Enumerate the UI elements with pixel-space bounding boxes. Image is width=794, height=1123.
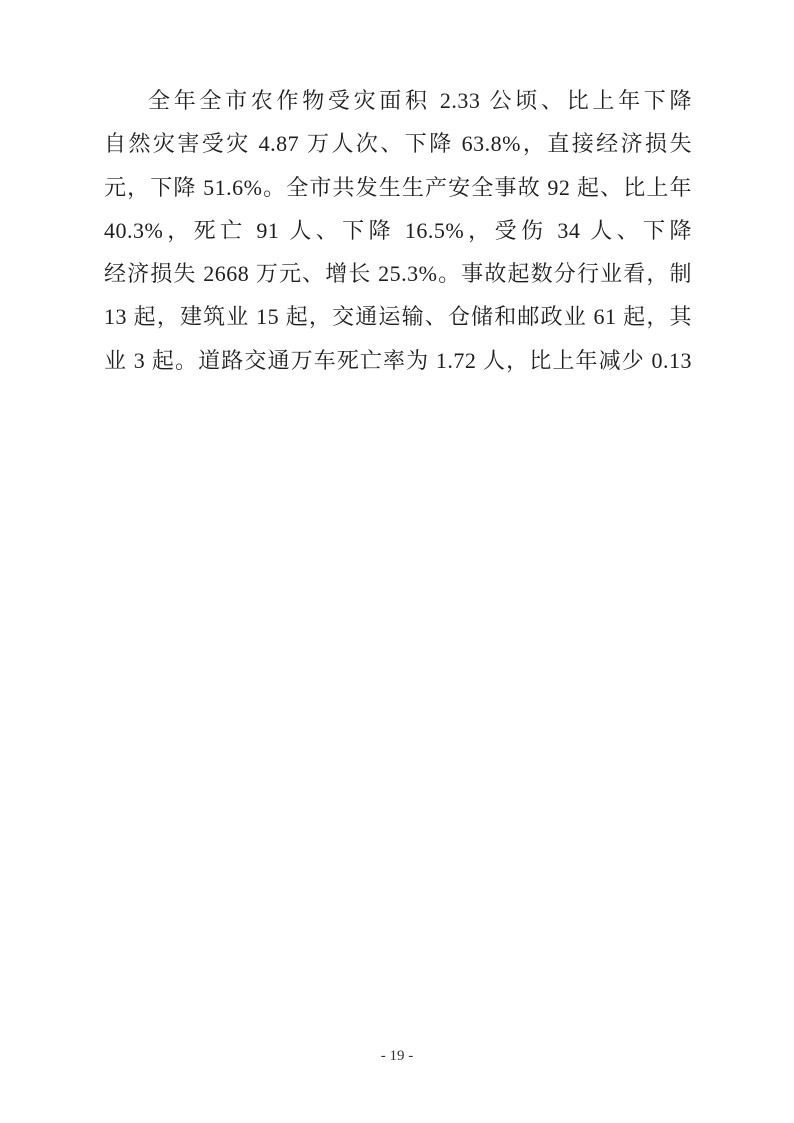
page-number: - 19 - — [381, 1048, 414, 1064]
text-line: 全年全市农作物受灾面积 2.33 公顷、比上年下降 99.4%， — [104, 79, 692, 122]
text-line: 业 3 起。道路交通万车死亡率为 1.72 人，比上年减少 0.13 人。 — [104, 339, 692, 382]
text-line: 13 起，建筑业 15 起，交通运输、仓储和邮政业 61 起，其他行 — [104, 295, 692, 338]
text-line: 经济损失 2668 万元、增长 25.3%。事故起数分行业看，制造业 — [104, 252, 692, 295]
document-page: 全年全市农作物受灾面积 2.33 公顷、比上年下降 99.4%， 自然灾害受灾 … — [0, 0, 794, 1123]
text-line: 40.3%，死亡 91 人、下降 16.5%，受伤 34 人、下降 60.0%，… — [104, 209, 692, 252]
page-footer: - 19 - — [0, 1046, 794, 1066]
text-line: 元，下降 51.6%。全市共发生生产安全事故 92 起、比上年下降 — [104, 166, 692, 209]
text-line: 自然灾害受灾 4.87 万人次、下降 63.8%，直接经济损失 8357 万 — [104, 122, 692, 165]
body-paragraph: 全年全市农作物受灾面积 2.33 公顷、比上年下降 99.4%， 自然灾害受灾 … — [104, 79, 692, 382]
